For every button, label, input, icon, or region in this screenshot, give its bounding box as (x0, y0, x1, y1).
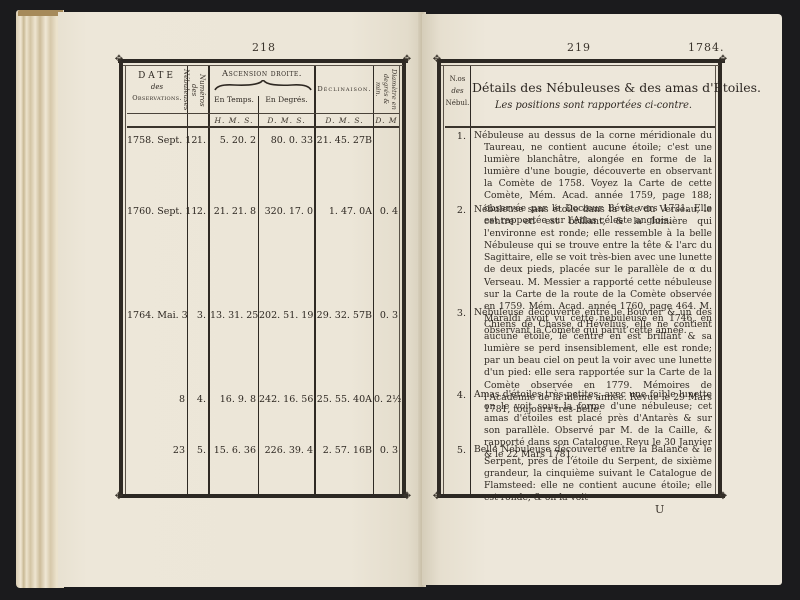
num-header-line1: N.os (445, 74, 470, 85)
ascension-header: Ascension droite. (210, 70, 314, 79)
declinaison-header: Déclinaison. (316, 86, 373, 93)
col-rule (208, 66, 210, 494)
cell-date: 1764. Mai. 3 (127, 310, 185, 321)
cell-degres: 80. 0. 33 (259, 135, 313, 146)
diametre-header: Diamètre en degrés & min. (376, 66, 398, 112)
right-page-number: 219 (567, 41, 591, 54)
entry-number: 1. (446, 131, 466, 142)
table-left-border (119, 61, 123, 497)
corner-ornament-icon: ✥ (718, 492, 728, 502)
cell-num: 4. (188, 394, 206, 405)
cell-degres: 226. 39. 4 (259, 445, 313, 456)
en-temps-header: En Temps. (210, 96, 258, 104)
cell-temps: 16. 9. 8 (210, 394, 256, 405)
corner-ornament-icon: ✥ (402, 55, 412, 65)
date-header-observations: Observations. (127, 95, 187, 102)
table-bottom-border (118, 494, 408, 498)
en-degres-header: En Degrés. (259, 96, 314, 104)
col-rule (470, 66, 471, 494)
page-edges (16, 10, 64, 588)
cell-degres: 242. 16. 56 (259, 394, 313, 405)
unit-diametre: D. M (374, 116, 399, 125)
entry-number: 4. (446, 390, 466, 401)
entry-number: 3. (446, 308, 466, 319)
cell-degres: 202. 51. 19 (259, 310, 313, 321)
cell-num: 5. (188, 445, 206, 456)
num-header-line2: des (445, 86, 470, 97)
cell-num: 2. (188, 206, 206, 217)
open-book: 218 ✥ ✥ ✥ ✥ DATE des Observations. Numér… (0, 0, 800, 600)
header-rule (127, 113, 399, 114)
cell-diametre: 0. 4 (374, 206, 398, 217)
cell-date: 1758. Sept. 12 (127, 135, 185, 146)
cell-num: 3. (188, 310, 206, 321)
table-top-border (118, 59, 408, 63)
section-title: Détails des Nébuleuses & des amas d'Étoi… (472, 80, 715, 95)
table-right-border (718, 61, 722, 497)
corner-ornament-icon: ✥ (718, 55, 728, 65)
cell-declinaison: 1. 47. 0A (316, 206, 372, 217)
inner-left-rule (443, 66, 444, 494)
cell-diametre: 0. 2½ (374, 394, 398, 405)
cell-date: 1760. Sept. 11 (127, 206, 185, 217)
table-right-border (402, 61, 406, 497)
col-rule (314, 66, 316, 494)
corner-ornament-icon: ✥ (402, 492, 412, 502)
entry-number: 2. (446, 205, 466, 216)
cell-temps: 13. 31. 25 (210, 310, 256, 321)
table-top-border (437, 59, 725, 63)
corner-ornament-icon: ✥ (114, 492, 124, 502)
unit-temps: H. M. S. (210, 116, 258, 125)
cell-declinaison: 29. 32. 57B (316, 310, 372, 321)
corner-ornament-icon: ✥ (114, 55, 124, 65)
section-subtitle: Les positions sont rapportées ci-contre. (472, 100, 715, 111)
cell-num: 1. (188, 135, 206, 146)
cell-temps: 5. 20. 2 (210, 135, 256, 146)
cell-declinaison: 21. 45. 27B (316, 135, 372, 146)
inner-right-rule (715, 66, 716, 494)
numbers-header: Numéros des Nébuleuses (190, 68, 206, 112)
corner-ornament-icon: ✥ (432, 55, 442, 65)
left-page-number: 218 (252, 41, 276, 54)
inner-top-rule (441, 65, 719, 66)
cell-declinaison: 2. 57. 16B (316, 445, 372, 456)
inner-left-rule (125, 66, 126, 494)
date-header-des: des (127, 84, 187, 92)
signature-mark: U (655, 503, 665, 516)
header-rule-thick (127, 126, 399, 128)
cell-declinaison: 25. 55. 40A (316, 394, 372, 405)
cell-diametre: 0. 3 (374, 310, 398, 321)
unit-declinaison: D. M. S. (316, 116, 373, 125)
corner-ornament-icon: ✥ (432, 492, 442, 502)
entry-text: Belle Nébuleuse découverte entre la Bala… (474, 444, 712, 504)
inner-top-rule (123, 65, 403, 66)
num-header-line3: Nébul. (445, 98, 470, 109)
cell-temps: 21. 21. 8 (210, 206, 256, 217)
cell-date: 23 (127, 445, 185, 456)
entry-number: 5. (446, 445, 466, 456)
col-rule (258, 96, 259, 494)
cell-date: 8 (127, 394, 185, 405)
cell-degres: 320. 17. 0 (259, 206, 313, 217)
col-rule (373, 66, 374, 494)
date-header: DATE (127, 72, 187, 82)
book-cover-edge (18, 10, 63, 16)
cell-diametre: 0. 3 (374, 445, 398, 456)
cell-temps: 15. 6. 36 (210, 445, 256, 456)
col-rule (187, 66, 188, 494)
unit-degres: D. M. S. (259, 116, 314, 125)
brace-icon (214, 80, 312, 92)
table-left-border (437, 61, 441, 497)
inner-right-rule (399, 66, 400, 494)
header-rule-thick (445, 126, 715, 128)
year-header: 1784. (688, 41, 725, 54)
